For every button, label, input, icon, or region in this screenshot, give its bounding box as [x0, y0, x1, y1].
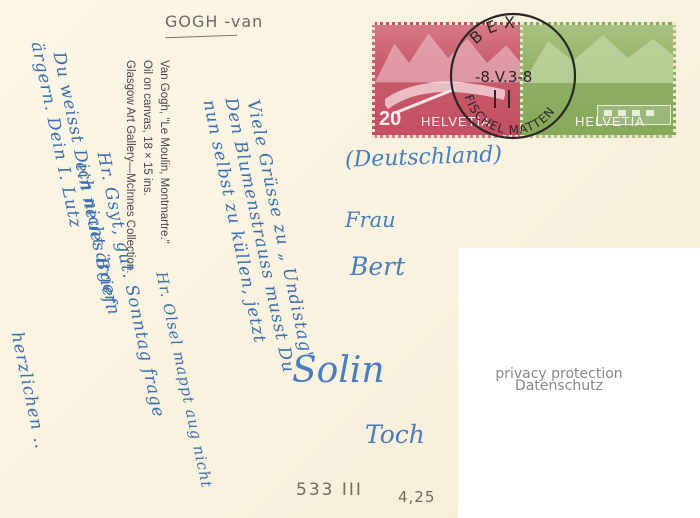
address-city: Solin	[292, 350, 385, 391]
svg-text:-8.V.3-8: -8.V.3-8	[475, 68, 532, 86]
stamp-country: HELVETIA	[575, 114, 645, 129]
caption-line-2: Oil on canvas, 18 × 15 ins.	[138, 60, 155, 320]
message-line: herzlichen ..	[6, 330, 50, 451]
address-salutation: Frau	[345, 208, 396, 232]
address-city-text: Solin	[292, 350, 385, 391]
pencil-note-top-text: GOGH -van	[165, 12, 263, 31]
postmark-cancel: BEX FISCHEL MATTEN -8.V.3-8	[445, 8, 581, 144]
address-sub: Toch	[365, 420, 425, 449]
pencil-price: 4,25	[398, 488, 435, 506]
privacy-label-de: Datenschutz	[438, 378, 680, 394]
postcard-back: GOGH -van Van Gogh, "Le Moulin, Montmart…	[0, 0, 700, 518]
pencil-note-top: GOGH -van	[165, 12, 263, 31]
address-name: Bert	[350, 252, 405, 281]
address-country: (Deutschland)	[345, 142, 503, 172]
svg-text:BEX: BEX	[466, 13, 521, 48]
message-line: Hr. Olsel mappt aug nicht	[152, 270, 216, 490]
privacy-mask: privacy protection Datenschutz	[458, 248, 700, 518]
pencil-underline	[165, 35, 237, 39]
pencil-code: 533 III	[296, 480, 363, 500]
stamp-value: 20	[379, 108, 401, 131]
